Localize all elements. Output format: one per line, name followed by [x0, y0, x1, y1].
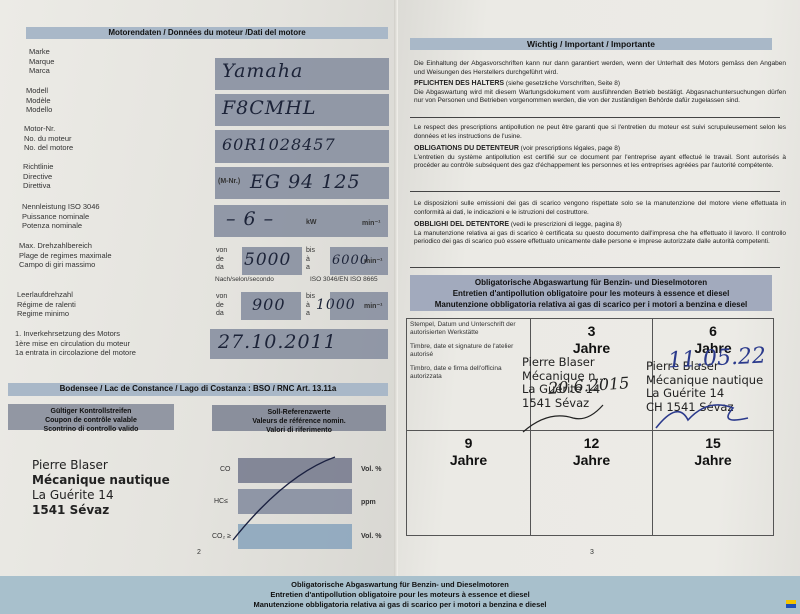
brand-label: MarkeMarqueMarca	[29, 47, 54, 76]
engine-number-value: 60R1028457	[222, 135, 336, 154]
model-value: F8CMHL	[222, 97, 316, 119]
rated-power-value: – 6 –	[226, 208, 274, 230]
signature-6-years	[648, 390, 758, 435]
para-de-intro: Die Einhaltung der Abgasvorschriften kan…	[414, 60, 786, 77]
directive-label: RichtlinieDirectiveDirettiva	[23, 162, 53, 191]
model-label: ModellModèleModello	[26, 86, 52, 115]
co-label: CO	[220, 466, 231, 473]
strike-line	[230, 455, 340, 545]
grid-cell-12-years[interactable]: 12Jahre	[531, 431, 653, 536]
hc-label: HC≤	[214, 498, 228, 505]
left-page: Motorendaten / Données du moteur /Dati d…	[0, 0, 398, 614]
handwritten-date-6-years: 11.05.22	[667, 343, 766, 373]
co-unit: Vol. %	[361, 466, 381, 473]
max-rpm-from-labels: vondeda	[216, 247, 227, 273]
idle-from-value: 900	[252, 295, 286, 314]
per-note: Nach/selon/secondo	[215, 276, 274, 283]
max-rpm-label: Max. DrehzahlbereichPlage de regimes max…	[19, 241, 112, 270]
reference-values-box: Soll-ReferenzwerteValeurs de référence n…	[212, 405, 386, 431]
para-fr-duties: OBLIGATIONS DU DETENTEUR (voir prescript…	[414, 145, 786, 171]
max-rpm-to-labels: bisàa	[306, 247, 315, 273]
kw-unit: kW	[306, 219, 317, 226]
bodensee-bar: Bodensee / Lac de Constance / Lago di Co…	[8, 383, 388, 396]
important-header: Wichtig / Important / Importante	[410, 38, 772, 50]
page-number-left: 2	[197, 549, 201, 556]
maintenance-header: Obligatorische Abgaswartung für Benzin- …	[410, 275, 772, 311]
engine-number-label: Motor-Nr.No. du moteurNo. del motore	[24, 124, 73, 153]
divider	[410, 117, 780, 118]
para-de-duties: PFLICHTEN DES HALTERS (siehe gesetzliche…	[414, 80, 786, 106]
para-it-intro: Le disposizioni sulle emissioni dei gas …	[414, 200, 786, 217]
directive-value: EG 94 125	[250, 171, 361, 193]
grid-notes-cell: Stempel, Datum und Unterschrift der auto…	[407, 319, 531, 431]
signature-3-years	[518, 400, 608, 435]
divider	[410, 191, 780, 192]
hc-unit: ppm	[361, 499, 376, 506]
right-page: Wichtig / Important / Importante Die Ein…	[398, 0, 800, 614]
idle-to-value: 1000	[316, 297, 356, 313]
co2-label: CO₂ ≥	[212, 533, 231, 540]
rpm-unit: min⁻¹	[362, 219, 380, 227]
idle-to-labels: bisàa	[306, 293, 315, 319]
para-it-duties: OBBLIGHI DEL DETENTORE (vedi le prescriz…	[414, 221, 786, 247]
workshop-stamp: Pierre BlaserMécanique nautiqueLa Guérit…	[32, 458, 170, 518]
rated-power-label: Nennleistung ISO 3046Puissance nominaleP…	[22, 202, 100, 231]
directive-prefix: (M-Nr.)	[218, 178, 240, 185]
next-page-header: Obligatorische Abgaswartung für Benzin- …	[0, 576, 800, 614]
max-rpm-from-value: 5000	[244, 250, 291, 270]
idle-unit: min⁻¹	[364, 302, 382, 310]
brand-value: Yamaha	[222, 60, 303, 82]
first-registration-value: 27.10.2011	[218, 331, 337, 353]
page-number-right: 3	[590, 549, 594, 556]
co2-unit: Vol. %	[361, 533, 381, 540]
idle-from-labels: vondeda	[216, 293, 227, 319]
max-rpm-unit: min⁻¹	[364, 257, 382, 265]
idle-rpm-label: LeerlaufdrehzahlRégime de ralentiRegime …	[17, 290, 76, 319]
para-fr-intro: Le respect des prescriptions antipolluti…	[414, 124, 786, 141]
iso-note: ISO 3046/EN ISO 8665	[310, 276, 378, 283]
flag-icon	[786, 600, 796, 608]
divider	[410, 267, 780, 268]
grid-cell-9-years[interactable]: 9Jahre	[407, 431, 531, 536]
control-coupon-box: Gültiger KontrollstreifenCoupon de contr…	[8, 404, 174, 430]
first-registration-label: 1. Inverkehrsetzung des Motors1ère mise …	[15, 329, 136, 358]
engine-data-header: Motorendaten / Données du moteur /Dati d…	[26, 27, 388, 39]
grid-cell-15-years[interactable]: 15Jahre	[653, 431, 774, 536]
